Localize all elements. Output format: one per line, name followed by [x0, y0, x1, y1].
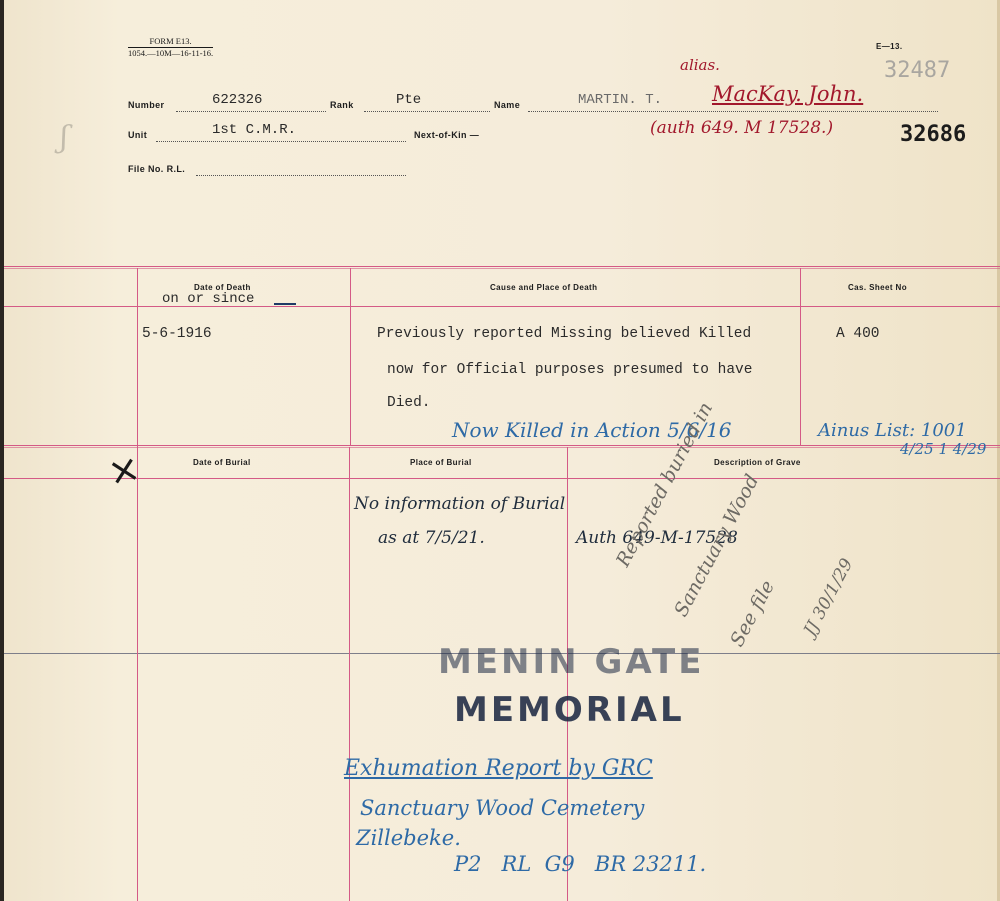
- unit-field-line: [156, 141, 406, 142]
- file-no-label: File No. R.L.: [128, 164, 185, 174]
- blue-dash: [274, 303, 296, 305]
- alias-name: MacKay. John.: [712, 82, 863, 106]
- rule-top-1: [4, 266, 1000, 267]
- place-note-line-2: as at 7/5/21.: [378, 528, 485, 548]
- col-divider-burial-date: [349, 447, 350, 901]
- header-cause-and-place: Cause and Place of Death: [490, 283, 597, 292]
- amendment-list: Ainus List: 1001: [818, 420, 967, 441]
- exhumation-line-2: Zillebeke.: [356, 826, 461, 850]
- name-label: Name: [494, 100, 520, 110]
- next-of-kin-label: Next-of-Kin —: [414, 130, 479, 140]
- on-or-since: on or since: [162, 291, 254, 307]
- date-of-death-value: 5-6-1916: [142, 326, 212, 342]
- faint-pencil-mark: ʃ: [60, 120, 68, 155]
- alias-note: alias.: [680, 56, 720, 74]
- name-field-line: [528, 111, 938, 112]
- rank-label: Rank: [330, 100, 354, 110]
- print-code: 1054.—10M—16-11-16.: [128, 48, 213, 59]
- header-description-of-grave: Description of Grave: [714, 458, 801, 467]
- rule-mid-1: [4, 445, 1000, 446]
- pencil-note-line-4: JJ 30/1/29: [800, 555, 857, 639]
- pencil-note-line-3: See file: [726, 577, 779, 651]
- stamp-menin-gate: MENIN GATE: [438, 642, 704, 682]
- card-left-edge: [0, 0, 4, 901]
- rule-header-bottom: [4, 306, 1000, 307]
- unit-value: 1st C.M.R.: [212, 122, 296, 138]
- cause-line-3: Died.: [387, 395, 431, 411]
- col-divider-3-top: [800, 268, 801, 446]
- exhumation-line-1: Sanctuary Wood Cemetery: [360, 796, 644, 820]
- name-value: MARTIN. T.: [578, 92, 662, 108]
- number-value: 622326: [212, 92, 262, 108]
- cross-mark: ×: [104, 445, 144, 495]
- cause-line-1: Previously reported Missing believed Kil…: [377, 326, 751, 342]
- rule-burial-header-bottom: [4, 478, 1000, 479]
- rank-field-line: [364, 111, 490, 112]
- number-label: Number: [128, 100, 164, 110]
- stamp-memorial: MEMORIAL: [454, 690, 685, 730]
- rank-value: Pte: [396, 92, 421, 108]
- amendment-ref: 4/25 1 4/29: [900, 440, 986, 458]
- corner-code: E—13.: [876, 42, 902, 51]
- header-place-of-burial: Place of Burial: [410, 458, 472, 467]
- form-id: FORM E13.: [128, 36, 213, 48]
- unit-label: Unit: [128, 130, 147, 140]
- header-date-of-burial: Date of Burial: [193, 458, 251, 467]
- alias-authority: (auth 649. M 17528.): [650, 118, 833, 138]
- form-id-block: FORM E13. 1054.—10M—16-11-16.: [128, 36, 213, 59]
- place-note-line-1: No information of Burial: [354, 494, 565, 514]
- cause-line-2: now for Official purposes presumed to ha…: [387, 362, 752, 378]
- header-cas-sheet-no: Cas. Sheet No: [848, 283, 907, 292]
- exhumation-line-3: P2 RL G9 BR 23211.: [454, 852, 706, 876]
- stamp-number: 32686: [900, 122, 966, 147]
- casualty-card: FORM E13. 1054.—10M—16-11-16. E—13. 3248…: [0, 0, 1000, 901]
- file-no-field-line: [196, 175, 406, 176]
- number-field-line: [176, 111, 326, 112]
- rule-top-2: [4, 268, 1000, 269]
- exhumation-title: Exhumation Report by GRC: [344, 756, 653, 781]
- cas-sheet-value: A 400: [836, 326, 880, 342]
- faint-stamp-number: 32487: [884, 58, 950, 83]
- col-divider-1: [137, 268, 138, 901]
- rule-mid-2: [4, 447, 1000, 448]
- col-divider-2-top: [350, 268, 351, 446]
